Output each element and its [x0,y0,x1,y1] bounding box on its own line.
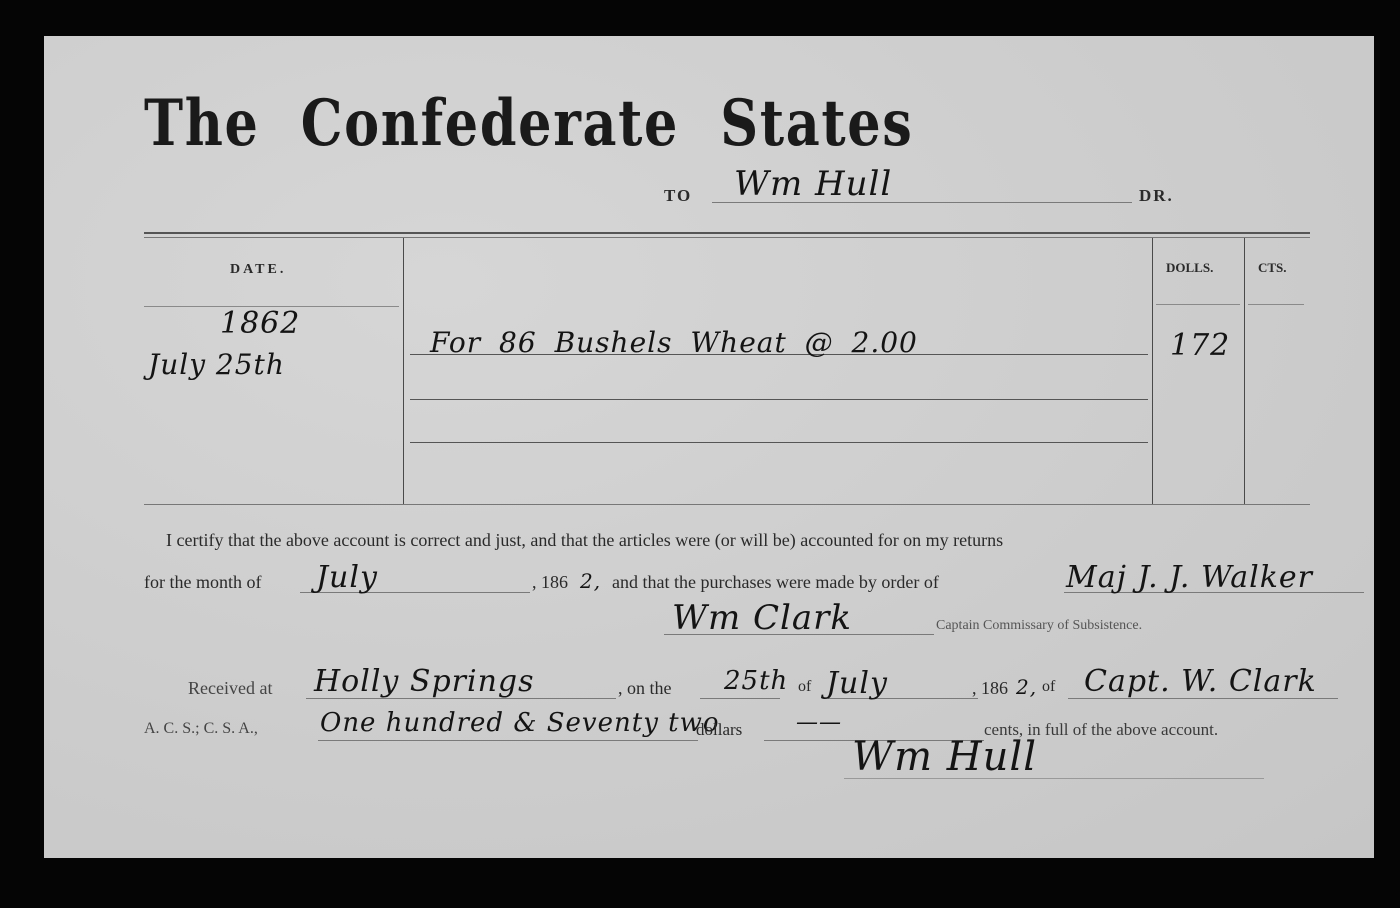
of-label: of [798,678,811,696]
of-label-2: of [1042,678,1055,696]
document-page: The Confederate States TO Wm Hull DR. DA… [44,36,1374,858]
dollars-label: dollars [696,720,742,740]
cents-value: —— [796,710,842,735]
row-description: For 86 Bushels Wheat @ 2.00 [430,326,918,359]
cts-column-divider [1244,238,1245,504]
cts-header: CTS. [1258,260,1287,276]
document-title: The Confederate States [144,86,913,161]
signer-title: Captain Commissary of Subsistence. [936,618,1142,634]
payee-name: Wm Hull [734,164,892,204]
on-the-label: , on the [618,678,672,699]
row-dolls: 172 [1170,328,1230,363]
date-header: DATE. [230,262,286,278]
certification-line-1: I certify that the above account is corr… [166,530,1003,551]
ordered-by: Maj J. J. Walker [1066,560,1313,595]
purchases-order-label: and that the purchases were made by orde… [612,572,939,593]
receipt-year-prefix: , 186 [972,678,1008,699]
month-of-label: for the month of [144,572,261,593]
cert-year-prefix: , 186 [532,572,568,593]
dr-label: DR. [1139,186,1174,206]
cert-year-suffix: 2, [580,569,601,593]
description-rule-2 [410,399,1148,400]
received-at-label: Received at [188,678,272,699]
row-date-day: July 25th [148,348,285,381]
receipt-from: Capt. W. Clark [1084,664,1317,699]
table-top-rule [144,232,1310,234]
cts-header-rule [1248,304,1304,305]
table-top-rule-2 [144,237,1310,238]
acs-csa-label: A. C. S.; C. S. A., [144,720,258,738]
dolls-header-rule [1156,304,1240,305]
payee-signature: Wm Hull [852,734,1037,780]
amount-underline [318,740,698,741]
table-bottom-rule [144,504,1310,505]
amount-words: One hundred & Seventy two [320,708,720,738]
date-column-divider [403,238,404,504]
to-label: TO [664,186,692,206]
row-date-year: 1862 [220,306,300,341]
certification-month: July [316,560,378,595]
description-rule-3 [410,442,1148,443]
receipt-day: 25th [724,666,788,696]
day-underline [700,698,780,699]
certifier-signature: Wm Clark [672,598,852,638]
dolls-header: DOLLS. [1166,260,1213,276]
receipt-year-suffix: 2, [1016,675,1037,699]
dolls-column-divider [1152,238,1153,504]
receipt-place: Holly Springs [314,664,535,699]
receipt-month: July [826,666,888,701]
